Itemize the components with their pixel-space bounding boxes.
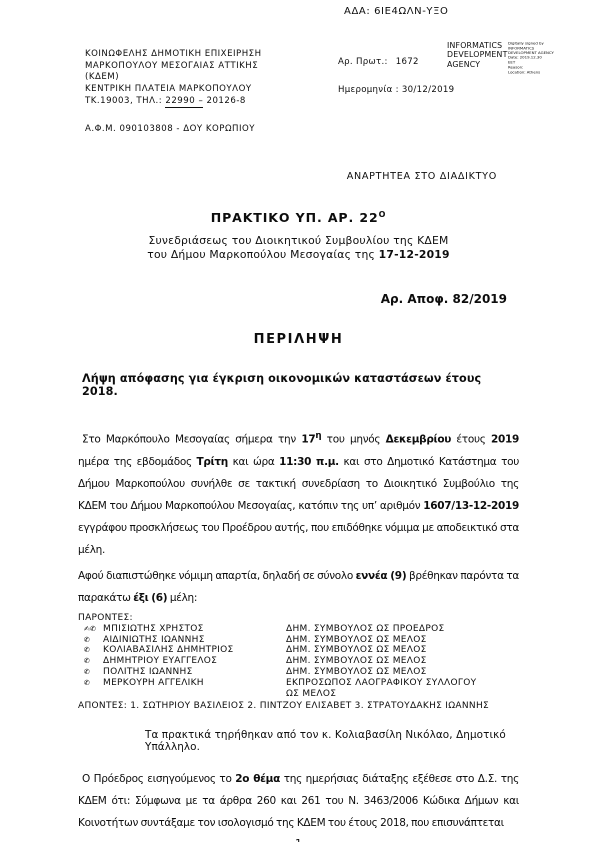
garbled-bullet-icon: ✆ [84,656,103,667]
attendee-name: ΑΙΔΙΝΙΩΤΗΣ ΙΩΑΝΝΗΣ [103,635,286,646]
attendee-name: ΠΟΛΙΤΗΣ ΙΩΑΝΝΗΣ [103,667,286,678]
garbled-bullet-icon: ✆ [84,667,103,678]
attendee-name: ΜΠΙΣΙΩΤΗΣ ΧΡΗΣΤΟΣ [103,624,286,635]
p1-text: ημέρα της εβδομάδος [78,456,196,468]
p2-present-members: έξι (6) [133,592,167,604]
document-page: ΑΔΑ: 6ΙΕ4ΩΛΝ-ΥΞΟ ΚΟΙΝΩΦΕΛΗΣ ΔΗΜΟΤΙΚΗ ΕΠΙ… [0,0,595,842]
attendee-role: ΔΗΜ. ΣΥΜΒΟΥΛΟΣ ΩΣ ΜΕΛΟΣ [286,645,486,656]
paragraph-quorum: Αφού διαπιστώθηκε νόμιμη απαρτία, δηλαδή… [78,565,519,609]
p1-invitation-ref: 1607/13-12-2019 [423,500,519,512]
attendee-row: ✆ ΑΙΔΙΝΙΩΤΗΣ ΙΩΑΝΝΗΣ ΔΗΜ. ΣΥΜΒΟΥΛΟΣ ΩΣ Μ… [84,635,519,646]
absent-line: ΑΠΟΝΤΕΣ: 1. ΣΩΤΗΡΙΟΥ ΒΑΣΙΛΕΙΟΣ 2. ΠΙΝΤΖΟ… [78,701,519,711]
garbled-bullet-icon: ✆ [84,645,103,656]
p1-weekday: Τρίτη [196,456,227,468]
publish-notice: ΑΝΑΡΤΗΤΕΑ ΣΤΟ ΔΙΑΔΙΚΤΥΟ [78,171,519,182]
decision-number: Αρ. Αποφ. 82/2019 [78,292,519,306]
attendee-row: ✆ ΜΕΡΚΟΥΡΗ ΑΓΓΕΛΙΚΗ ΕΚΠΡΟΣΩΠΟΣ ΛΑΟΓΡΑΦΙΚ… [84,678,519,700]
document-body: ΑΝΑΡΤΗΤΕΑ ΣΤΟ ΔΙΑΔΙΚΤΥΟ ΠΡΑΚΤΙΚΟ ΥΠ. ΑΡ.… [78,0,519,842]
subject-line: Λήψη απόφασης για έγκριση οικονομικών κα… [78,372,519,398]
p1-time: 11:30 π.μ. [279,456,339,468]
attendee-row: ✆ ΠΟΛΙΤΗΣ ΙΩΑΝΝΗΣ ΔΗΜ. ΣΥΜΒΟΥΛΟΣ ΩΣ ΜΕΛΟ… [84,667,519,678]
garbled-bullet-icon: ✆ [84,678,103,689]
title-ordinal-sup: Ο [379,210,387,219]
p2-text: μέλη: [167,592,197,604]
p3-text: Ο Πρόεδρος εισηγούμενος το [82,773,235,785]
p1-text: και ώρα [228,456,279,468]
p1-text: έτους [451,434,491,446]
p3-agenda-item: 2ο θέμα [235,773,280,785]
p1-text: Στο Μαρκόπουλο Μεσογαίας σήμερα την [82,434,301,446]
attendee-role: ΔΗΜ. ΣΥΜΒΟΥΛΟΣ ΩΣ ΜΕΛΟΣ [286,667,486,678]
paragraph-agenda-item: Ο Πρόεδρος εισηγούμενος το 2ο θέμα της η… [78,768,519,834]
title-subline-1: Συνεδριάσεως του Διοικητικού Συμβουλίου … [78,234,519,247]
minutes-keeper-note: Τα πρακτικά τηρήθηκαν από τον κ. Κολιαβα… [78,729,519,753]
p1-text: εγγράφου προσκλήσεως του Προέδρου αυτής,… [78,522,519,556]
attendee-row: ✆ ΚΟΛΙΑΒΑΣΙΛΗΣ ΔΗΜΗΤΡΙΟΣ ΔΗΜ. ΣΥΜΒΟΥΛΟΣ … [84,645,519,656]
p2-text: Αφού διαπιστώθηκε νόμιμη απαρτία, δηλαδή… [78,570,356,582]
garbled-bullet-icon: ✆ [84,635,103,646]
attendee-row: ✆ ΔΗΜΗΤΡΙΟΥ ΕΥΑΓΓΕΛΟΣ ΔΗΜ. ΣΥΜΒΟΥΛΟΣ ΩΣ … [84,656,519,667]
page-number: 1 [78,837,519,842]
p1-day-number: 17 [301,434,315,446]
subline2-text: του Δήμου Μαρκοπούλου Μεσογαίας της [147,248,378,261]
present-label: ΠΑΡΟΝΤΕΣ: [78,613,519,623]
attendee-role: ΔΗΜ. ΣΥΜΒΟΥΛΟΣ ΩΣ ΜΕΛΟΣ [286,635,486,646]
subline2-date: 17-12-2019 [379,248,450,261]
digital-signature-details: Digitally signed by INFORMATICS DEVELOPM… [508,41,595,75]
attendee-name: ΔΗΜΗΤΡΙΟΥ ΕΥΑΓΓΕΛΟΣ [103,656,286,667]
attendees-list: ✍✆ ΜΠΙΣΙΩΤΗΣ ΧΡΗΣΤΟΣ ΔΗΜ. ΣΥΜΒΟΥΛΟΣ ΩΣ Π… [78,624,519,700]
document-title: ΠΡΑΚΤΙΚΟ ΥΠ. ΑΡ. 22Ο [78,210,519,225]
attendee-name: ΜΕΡΚΟΥΡΗ ΑΓΓΕΛΙΚΗ [103,678,286,689]
p1-text: του μηνός [321,434,385,446]
attendee-role: ΔΗΜ. ΣΥΜΒΟΥΛΟΣ ΩΣ ΜΕΛΟΣ [286,656,486,667]
p1-month: Δεκεμβρίου [386,434,451,446]
garbled-bullet-icon: ✍✆ [84,624,103,635]
attendee-name: ΚΟΛΙΑΒΑΣΙΛΗΣ ΔΗΜΗΤΡΙΟΣ [103,645,286,656]
summary-heading: ΠΕΡΙΛΗΨΗ [78,332,519,347]
p2-total-members: εννέα (9) [356,570,407,582]
attendee-role: ΔΗΜ. ΣΥΜΒΟΥΛΟΣ ΩΣ ΠΡΟΕΔΡΟΣ [286,624,486,635]
attendee-role: ΕΚΠΡΟΣΩΠΟΣ ΛΑΟΓΡΑΦΙΚΟΥ ΣΥΛΛΟΓΟΥ ΩΣ ΜΕΛΟΣ [286,678,486,700]
title-main: ΠΡΑΚΤΙΚΟ ΥΠ. ΑΡ. 22 [211,210,379,225]
paragraph-meeting-intro: Στο Μαρκόπουλο Μεσογαίας σήμερα την 17η … [78,425,519,561]
title-subline-2: του Δήμου Μαρκοπούλου Μεσογαίας της 17-1… [78,248,519,261]
attendee-row: ✍✆ ΜΠΙΣΙΩΤΗΣ ΧΡΗΣΤΟΣ ΔΗΜ. ΣΥΜΒΟΥΛΟΣ ΩΣ Π… [84,624,519,635]
p1-year: 2019 [491,434,519,446]
